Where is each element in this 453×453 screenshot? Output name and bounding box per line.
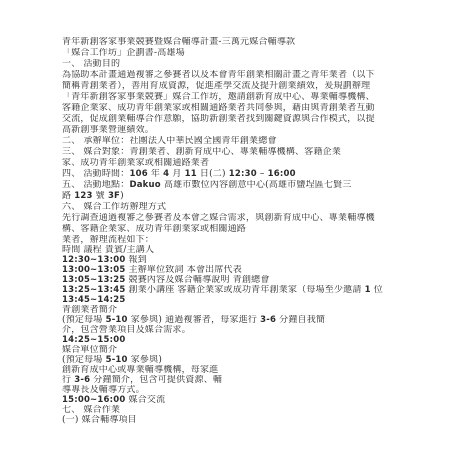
numeric-text: 106 [129,169,147,179]
document-paragraph-section: 青年新創客家事業競賽暨媒合輔導計畫-三萬元媒合輔導款「媒合工作坊」企劃書-高雄場… [62,37,396,235]
numeric-text: 13:45~14:25 [62,295,125,305]
document-text-line: 二、 承辦單位：社團法人中華民國全國青年創業總會 [62,136,396,147]
numeric-text: Dakuo [129,180,160,190]
document-text-line: 一、 活動目的 [62,59,396,70]
document-text-line: 三、 媒合對象：青創業者、創新育成中心、專業輔導機構、客籍企業 [62,147,396,158]
numeric-text: 13:05~13:25 [62,275,125,285]
document-text-line: 時間 議程 貴賓/主講人 [62,245,396,255]
numeric-text: 13:25~13:45 [62,285,125,295]
document-text-line: 12:30~13:00 報到 [62,255,396,265]
document-text-line: 「媒合工作坊」企劃書-高雄場 [62,48,396,59]
document-text-line: 六、 媒合工作坊辦理方式 [62,202,396,213]
numeric-text: 11 [185,169,197,179]
numeric-text: 12:30~13:00 [62,255,125,265]
document-text-line: 媒合單位簡介 [62,345,396,355]
numeric-text: 16:00 [268,169,296,179]
numeric-text: 4 [163,169,169,179]
document-text-line: 業者，辦理流程如下： [62,235,396,245]
document-text-line: 介，包含營業項目及媒合需求。 [62,325,396,335]
document-text-line: 導專長及輔導方式。 [62,385,396,395]
document-text-line: 先行調查通過複審之參賽者及本會之媒合需求，與創新育成中心、專業輔導機 [62,213,396,224]
numeric-text: 1 [365,285,371,295]
document-page: 青年新創客家事業競賽暨媒合輔導計畫-三萬元媒合輔導款「媒合工作坊」企劃書-高雄場… [0,0,453,453]
document-schedule-section: 業者，辦理流程如下：時間 議程 貴賓/主講人12:30~13:00 報到13:0… [62,235,396,425]
numeric-text: 123 [74,191,92,201]
numeric-text: 13:00~13:05 [62,265,125,275]
document-text-line: 家、成功青年創業家或相關通路業者 [62,158,396,169]
numeric-text: 3F [108,191,120,201]
document-text-line: 13:05~13:25 競賽內容及媒合輔導說明 青創總會 [62,275,396,285]
document-text-line: 青年新創客家事業競賽暨媒合輔導計畫-三萬元媒合輔導款 [62,37,396,48]
document-text-line: 簡稱青創業者），善用育成資源，促進產學交流及提升創業績效，爰規劃辦理 [62,81,396,92]
document-text-line: 青創業者簡介 [62,305,396,315]
numeric-text: 15:00~16:00 [62,395,125,405]
document-text-line: 15:00~16:00 媒合交流 [62,395,396,405]
document-text-line: 交流，促成創業輔導合作意願，協助新創業者找到關鍵資源與合作模式，以提 [62,114,396,125]
numeric-text: 5-10 [106,355,128,365]
document-text-line: 客籍企業家、成功青年創業家或相關通路業者共同參與，藉由與青創業者互動 [62,103,396,114]
document-text-line: 14:25~15:00 [62,335,396,345]
numeric-text: 5-10 [106,315,128,325]
document-text-line: 七、 媒合作業 [62,405,396,415]
document-text-line: 13:25~13:45 創業小講座 客籍企業家或成功青年創業家（每場至少邀請 1… [62,285,396,295]
document-text-line: 路 123 號 3F) [62,191,396,202]
document-text-line: (預定每場 5-10 家參與) 通過複審者，每家進行 3-6 分鐘自我簡 [62,315,396,325]
numeric-text: 12:30 [229,169,257,179]
numeric-text: 3-6 [260,315,276,325]
document-text-line: 五、 活動地點：Dakuo 高雄市數位內容創意中心(高雄市鹽埕區七賢三 [62,180,396,191]
document-body: 青年新創客家事業競賽暨媒合輔導計畫-三萬元媒合輔導款「媒合工作坊」企劃書-高雄場… [62,37,396,425]
document-text-line: (一) 媒合輔導項目 [62,415,396,425]
document-text-line: 行 3-6 分鐘簡介，包含可提供資源、輔 [62,375,396,385]
document-text-line: 構、客籍企業家、成功青年創業家或相關通路 [62,224,396,235]
numeric-text: 14:25~15:00 [62,335,125,345]
document-text-line: 四、 活動時間：106 年 4 月 11 日(二) 12:30 – 16:00 [62,169,396,180]
document-text-line: 創新育成中心或專業輔導機構，每家進 [62,365,396,375]
document-text-line: 「青年新創客家事業競賽」媒合工作坊，邀請創新育成中心、專業輔導機構、 [62,92,396,103]
document-text-line: 13:45~14:25 [62,295,396,305]
document-text-line: 高新創事業營運績效。 [62,125,396,136]
document-text-line: 13:00~13:05 主辦單位致詞 本會出席代表 [62,265,396,275]
document-text-line: (預定每場 5-10 家參與) [62,355,396,365]
numeric-text: 3-6 [74,375,90,385]
document-text-line: 為協助本計畫通過複審之參賽者以及本會青年創業相關計畫之青年業者（以下 [62,70,396,81]
